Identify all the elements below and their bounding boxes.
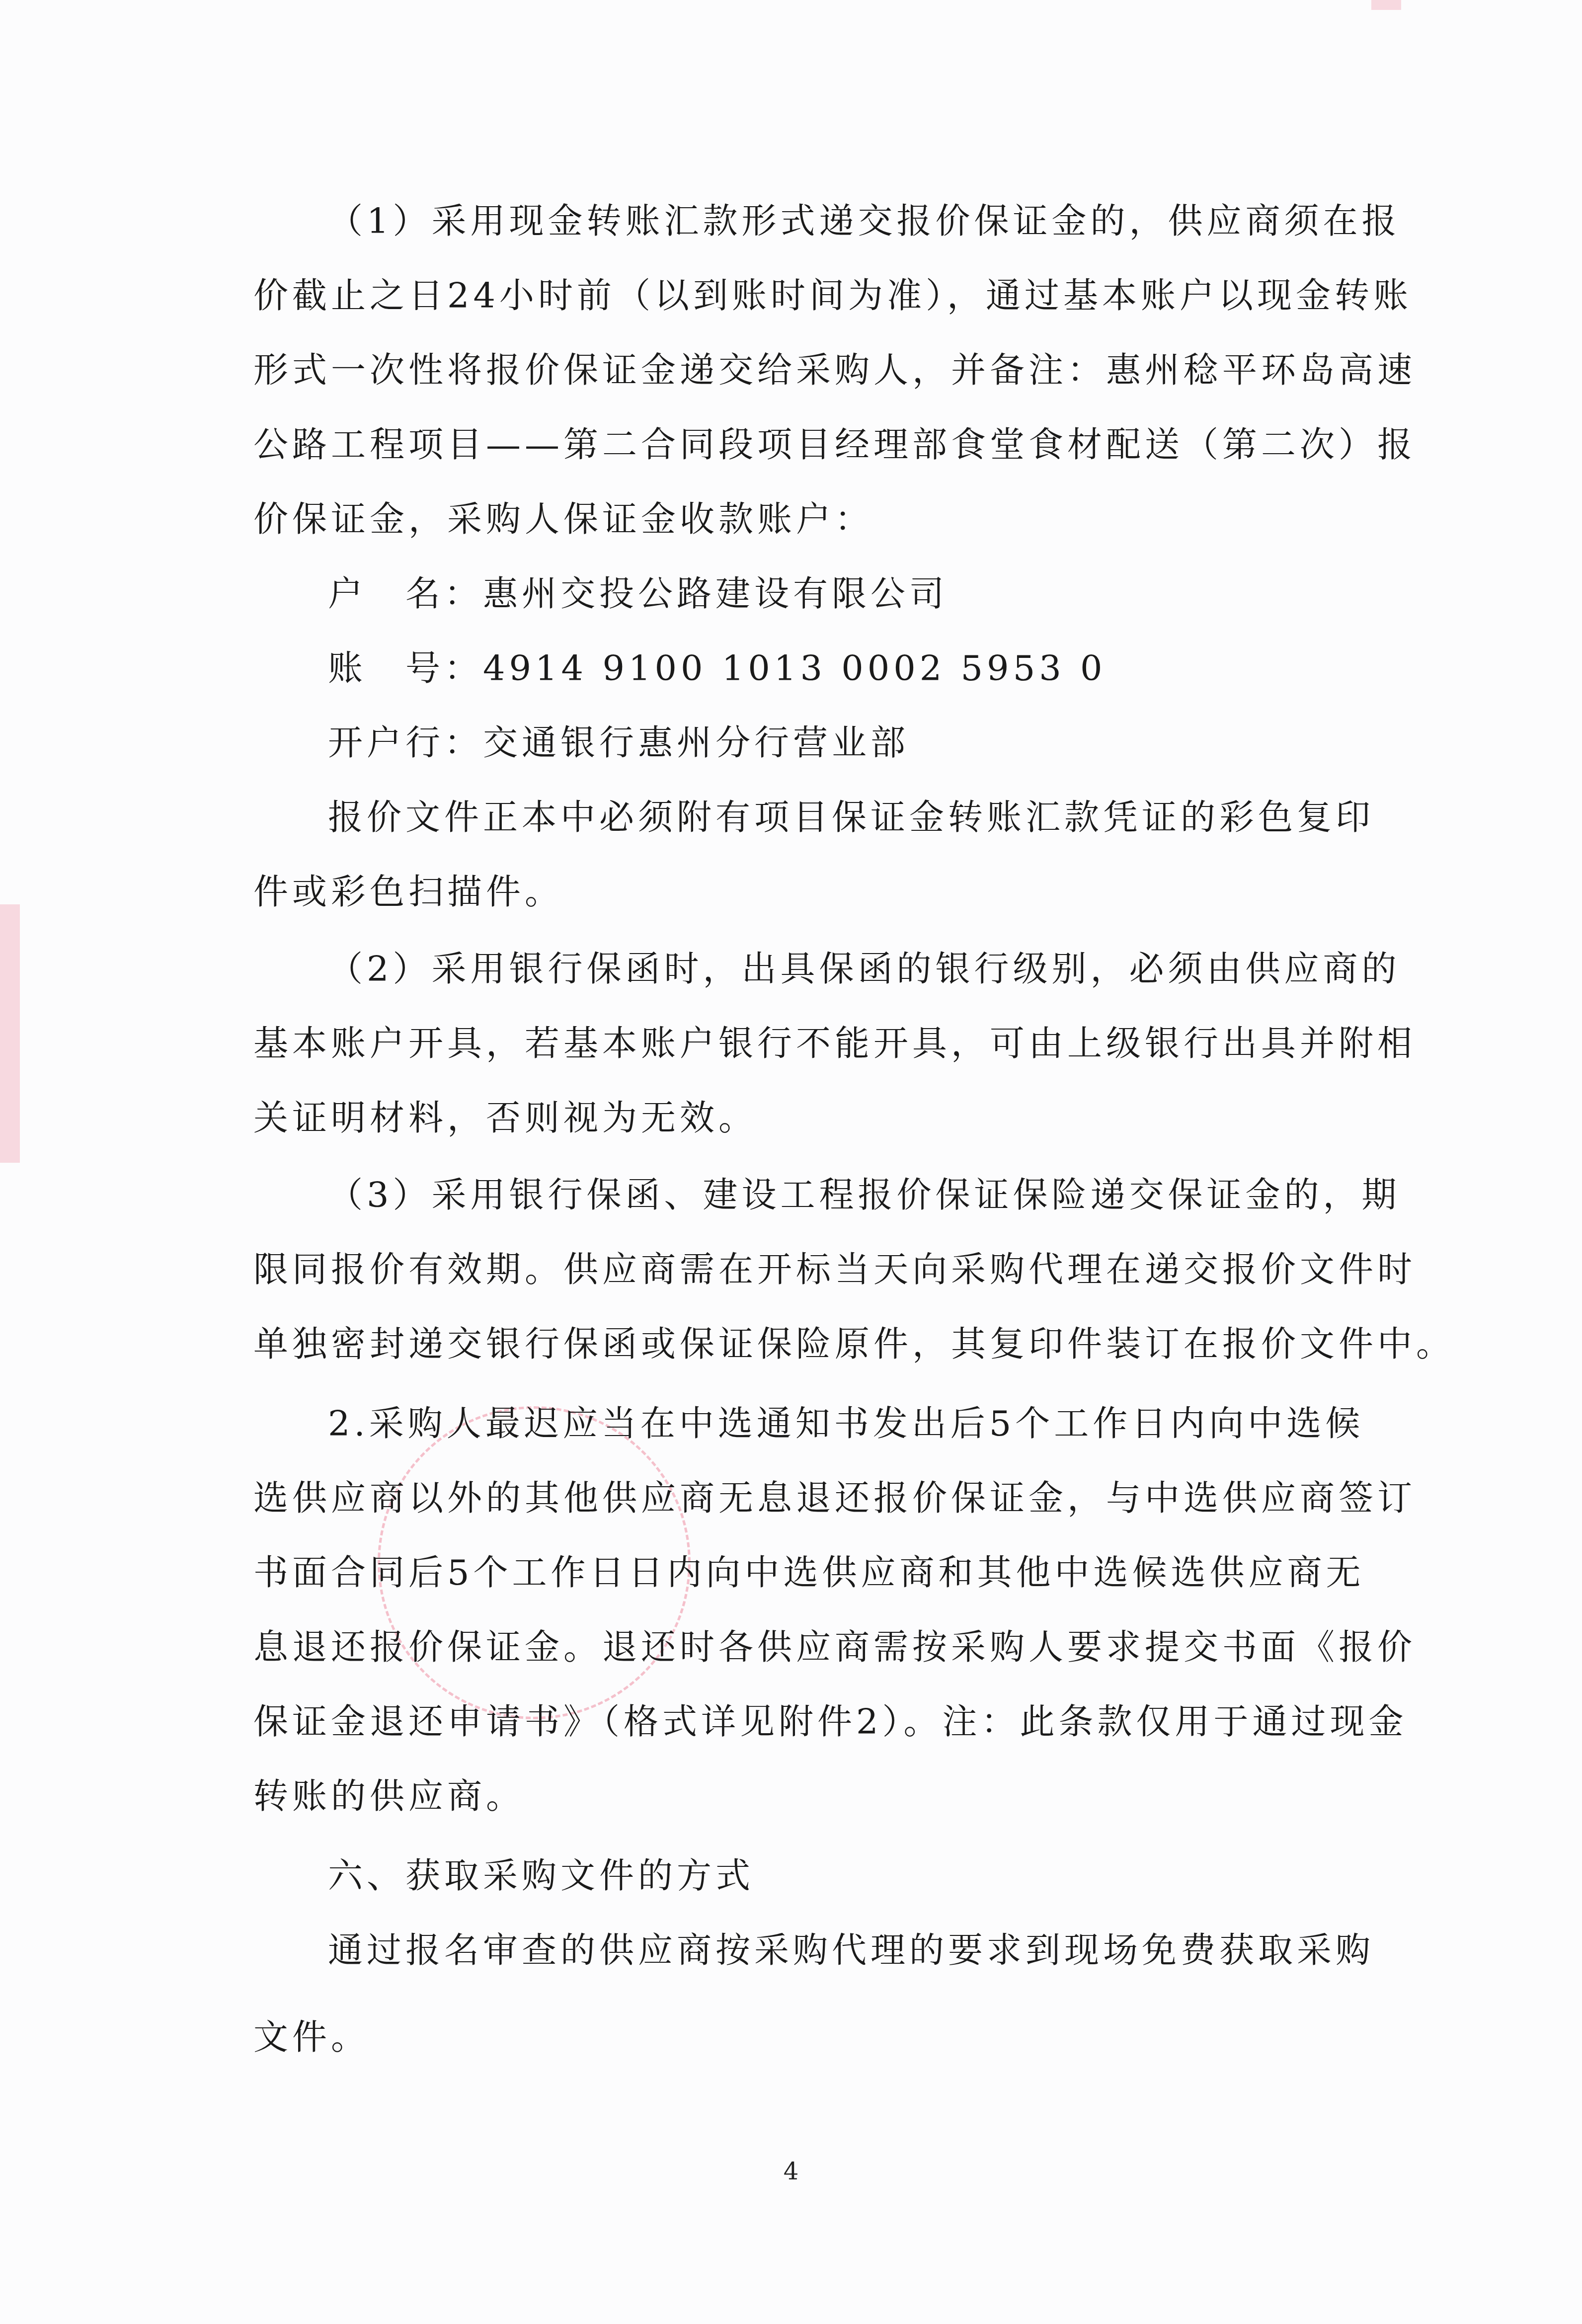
section-heading: 六、获取采购文件的方式 — [328, 1848, 1354, 1903]
text-line: 单独密封递交银行保函或保证保险原件，其复印件装订在报价文件中。 — [253, 1317, 1371, 1371]
text-line: 公路工程项目——第二合同段项目经理部食堂食材配送（第二次）报 — [253, 417, 1354, 472]
text-line: 转账的供应商。 — [253, 1769, 1354, 1824]
top-right-seal-mark — [1371, 0, 1401, 10]
text-line: 限同报价有效期。供应商需在开标当天向采购代理在递交报价文件时 — [253, 1242, 1354, 1297]
text-line: （2）采用银行保函时，出具保函的银行级别，必须由供应商的 — [328, 942, 1354, 996]
text-line: 价保证金，采购人保证金收款账户： — [253, 492, 1354, 547]
text-line: （3）采用银行保函、建设工程报价保证保险递交保证金的，期 — [328, 1168, 1354, 1222]
text-line: 账 号：4914 9100 1013 0002 5953 0 — [328, 641, 1354, 696]
text-line: 文件。 — [253, 2010, 1354, 2065]
left-edge-seal-mark — [0, 904, 20, 1163]
text-line: 基本账户开具，若基本账户银行不能开具，可由上级银行出具并附相 — [253, 1016, 1354, 1071]
text-line: 选供应商以外的其他供应商无息退还报价保证金，与中选供应商签订 — [253, 1471, 1354, 1525]
text-line: 价截止之日24小时前（以到账时间为准），通过基本账户以现金转账 — [253, 268, 1354, 323]
text-line: 2.采购人最迟应当在中选通知书发出后5个工作日内向中选候 — [328, 1396, 1354, 1451]
text-line: 户 名：惠州交投公路建设有限公司 — [328, 566, 1354, 621]
text-line: 开户行：交通银行惠州分行营业部 — [328, 716, 1354, 770]
document-page: （1）采用现金转账汇款形式递交报价保证金的，供应商须在报价截止之日24小时前（以… — [0, 0, 1582, 2324]
text-line: 通过报名审查的供应商按采购代理的要求到现场免费获取采购 — [328, 1923, 1354, 1978]
text-line: 件或彩色扫描件。 — [253, 865, 1354, 919]
text-line: 息退还报价保证金。退还时各供应商需按采购人要求提交书面《报价 — [253, 1620, 1354, 1675]
text-line: 保证金退还申请书》（格式详见附件2）。注：此条款仅用于通过现金 — [253, 1694, 1354, 1749]
text-line: 形式一次性将报价保证金递交给采购人，并备注：惠州稔平环岛高速 — [253, 343, 1354, 398]
text-line: 书面合同后5个工作日日内向中选供应商和其他中选候选供应商无 — [253, 1545, 1354, 1600]
text-line: （1）采用现金转账汇款形式递交报价保证金的，供应商须在报 — [328, 194, 1354, 248]
text-line: 关证明材料，否则视为无效。 — [253, 1091, 1354, 1145]
page-number: 4 — [784, 2157, 799, 2186]
text-line: 报价文件正本中必须附有项目保证金转账汇款凭证的彩色复印 — [328, 790, 1354, 845]
